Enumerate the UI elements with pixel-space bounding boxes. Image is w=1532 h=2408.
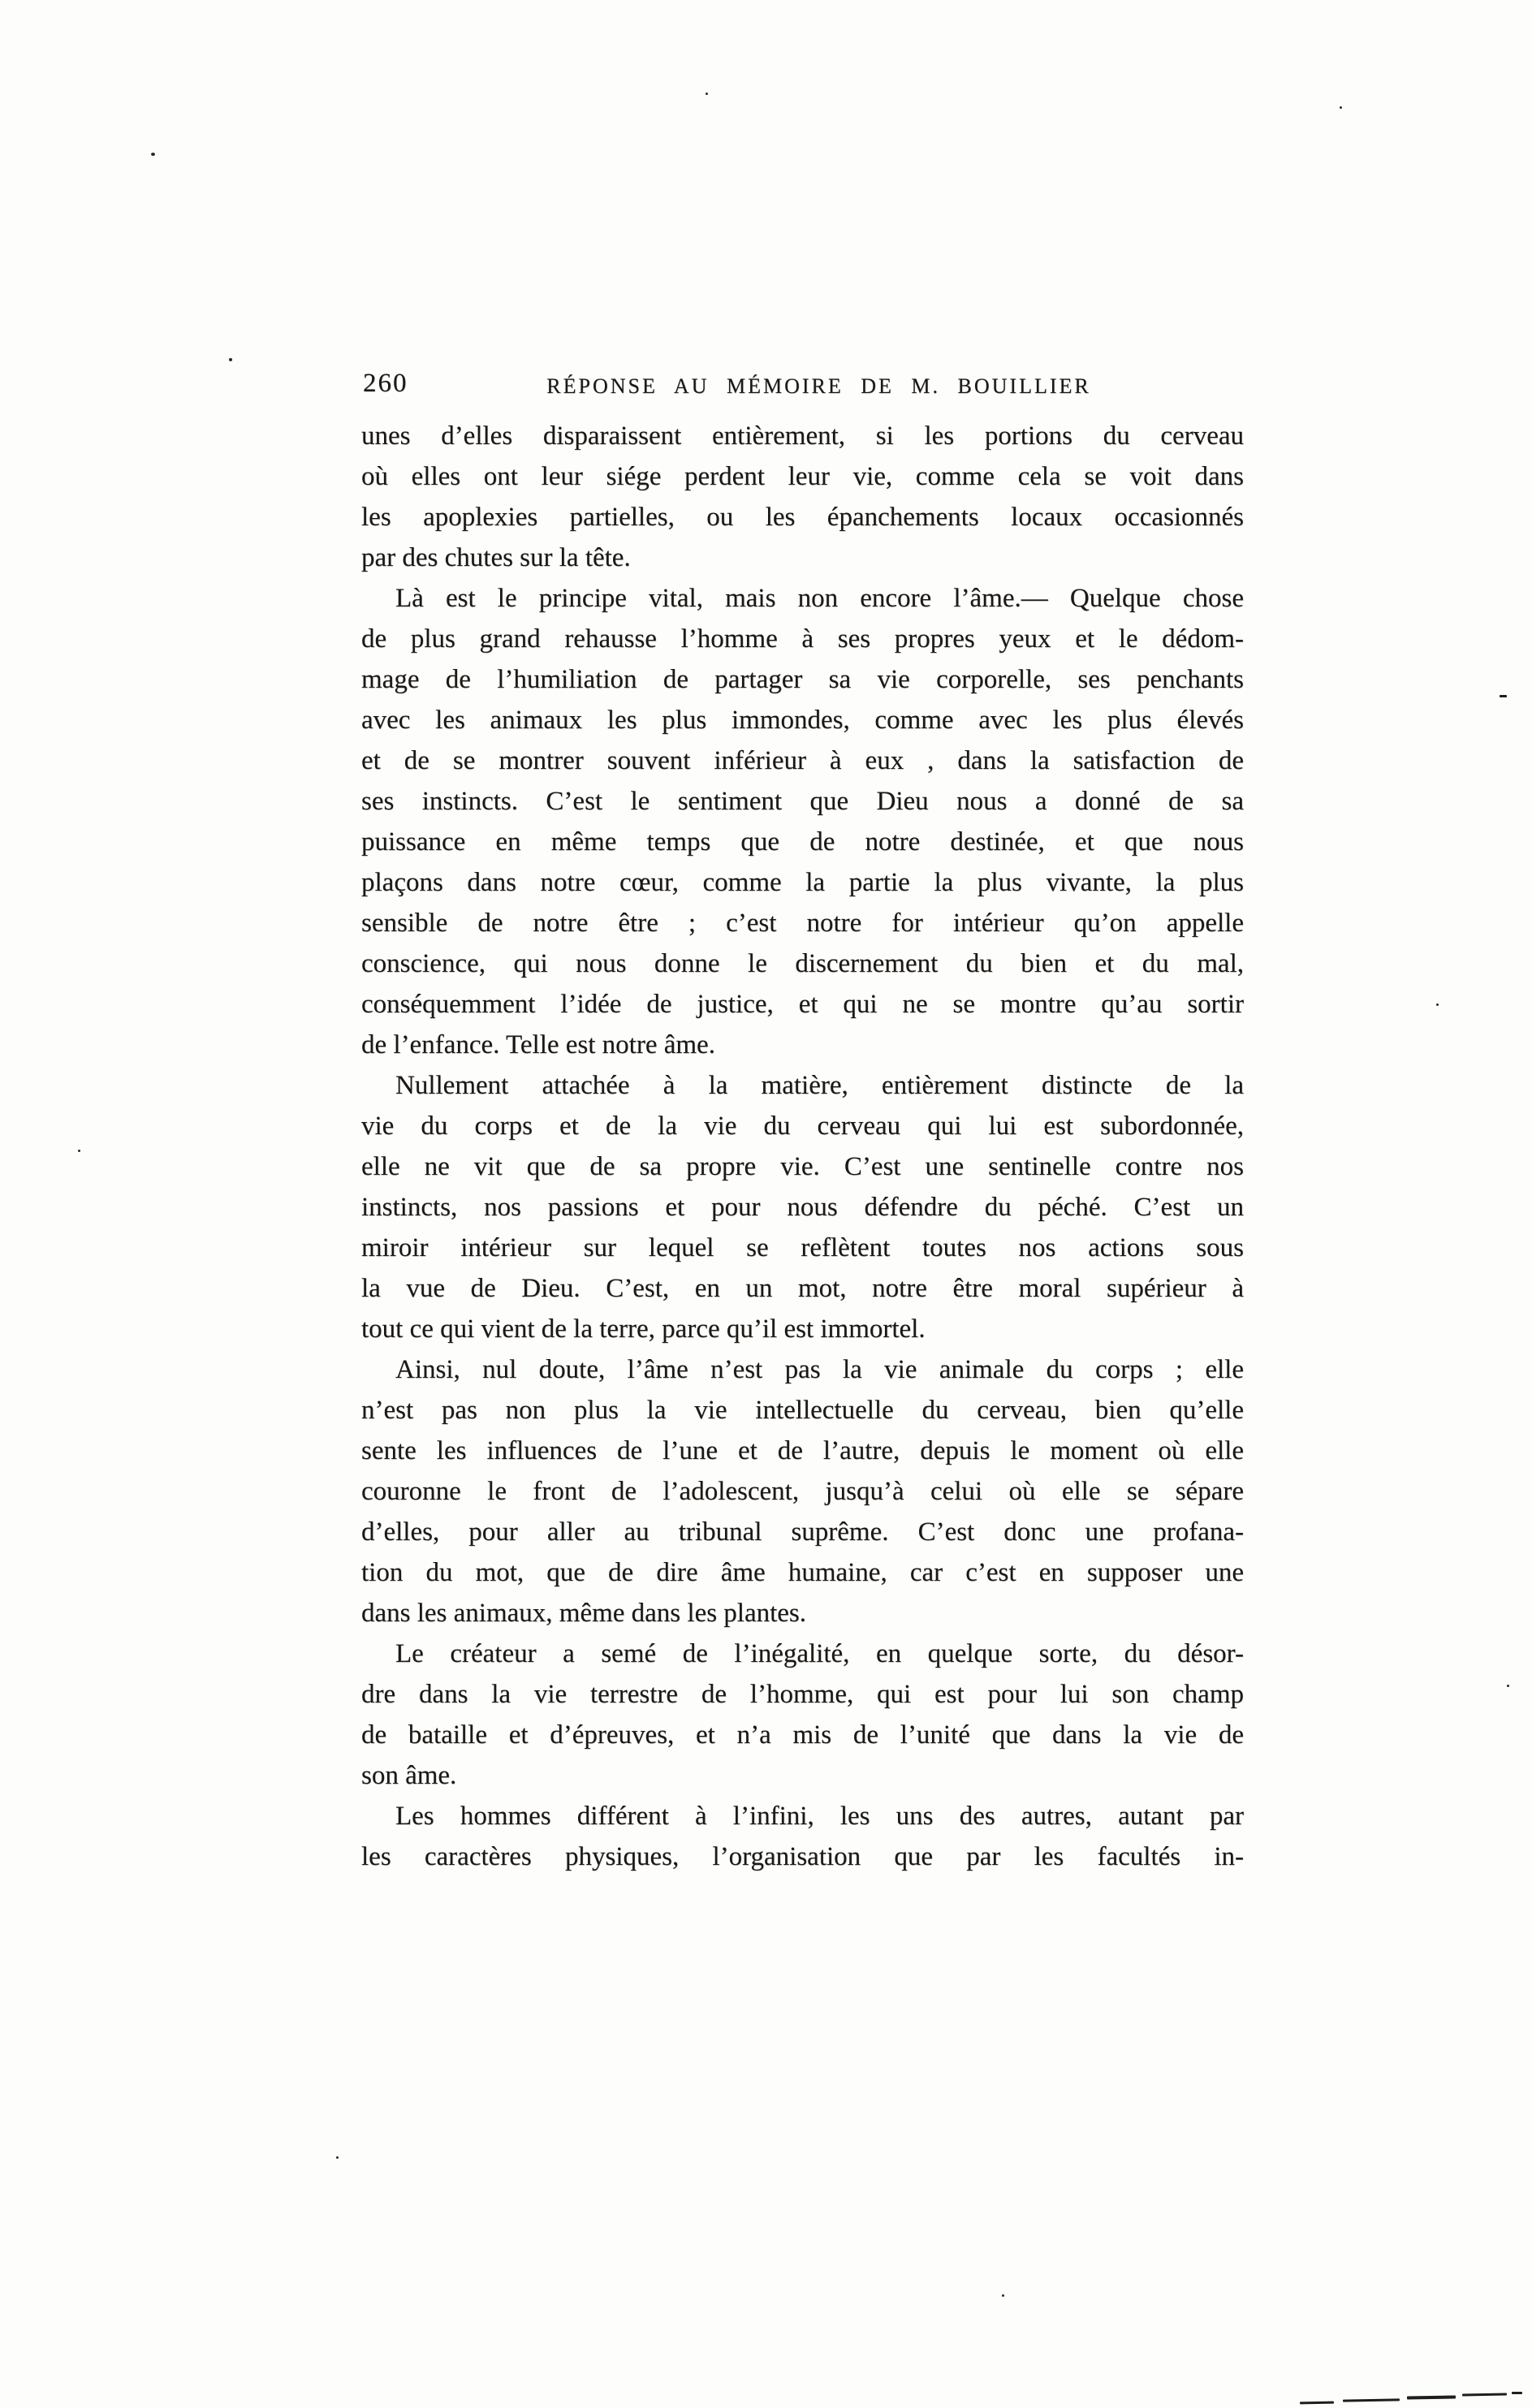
text-line: ses instincts. C’est le sentiment que Di…: [361, 781, 1244, 822]
text-line: tion du mot, que de dire âme humaine, ca…: [361, 1552, 1244, 1593]
text-line: Là est le principe vital, mais non encor…: [361, 578, 1244, 619]
text-line: puissance en même temps que de notre des…: [361, 822, 1244, 862]
text-line: unes d’elles disparaissent entièrement, …: [361, 416, 1244, 456]
text-line: et de se montrer souvent inférieur à eux…: [361, 740, 1244, 781]
scan-line-artifact: [1343, 2398, 1400, 2402]
text-line: où elles ont leur siége perdent leur vie…: [361, 456, 1244, 497]
text-line: n’est pas non plus la vie intellectuelle…: [361, 1390, 1244, 1431]
scan-speck: [229, 358, 232, 361]
text-line: par des chutes sur la tête.: [361, 537, 1244, 578]
text-line: instincts, nos passions et pour nous déf…: [361, 1187, 1244, 1228]
scan-line-artifact: [1512, 2392, 1522, 2394]
text-line: elle ne vit que de sa propre vie. C’est …: [361, 1146, 1244, 1187]
scan-speck: [336, 2156, 339, 2159]
text-line: couronne le front de l’adolescent, jusqu…: [361, 1471, 1244, 1512]
text-line: Nullement attachée à la matière, entière…: [361, 1065, 1244, 1106]
text-line: dans les animaux, même dans les plantes.: [361, 1593, 1244, 1633]
text-line: la vue de Dieu. C’est, en un mot, notre …: [361, 1268, 1244, 1309]
paragraph: Là est le principe vital, mais non encor…: [361, 578, 1244, 1065]
text-line: plaçons dans notre cœur, comme la partie…: [361, 862, 1244, 903]
text-line: son âme.: [361, 1755, 1244, 1796]
text-line: Le créateur a semé de l’inégalité, en qu…: [361, 1633, 1244, 1674]
text-line: de l’enfance. Telle est notre âme.: [361, 1025, 1244, 1065]
text-block: 260 RÉPONSE AU MÉMOIRE DE M. BOUILLIER u…: [361, 367, 1244, 1877]
scan-speck: [706, 93, 708, 95]
scanned-book-page: 260 RÉPONSE AU MÉMOIRE DE M. BOUILLIER u…: [0, 0, 1532, 2408]
text-line: mage de l’humiliation de partager sa vie…: [361, 659, 1244, 700]
text-line: conscience, qui nous donne le discerneme…: [361, 943, 1244, 984]
scan-line-artifact: [1300, 2402, 1334, 2405]
text-line: conséquemment l’idée de justice, et qui …: [361, 984, 1244, 1025]
text-line: Les hommes différent à l’infini, les uns…: [361, 1796, 1244, 1836]
scan-speck: [1507, 1685, 1509, 1687]
text-line: dre dans la vie terrestre de l’homme, qu…: [361, 1674, 1244, 1715]
paragraph: Nullement attachée à la matière, entière…: [361, 1065, 1244, 1349]
scan-speck: [78, 1150, 80, 1152]
page-header: 260 RÉPONSE AU MÉMOIRE DE M. BOUILLIER: [361, 367, 1244, 404]
paragraph: Ainsi, nul doute, l’âme n’est pas la vie…: [361, 1349, 1244, 1633]
text-line: les caractères physiques, l’organisation…: [361, 1836, 1244, 1877]
paragraph: unes d’elles disparaissent entièrement, …: [361, 416, 1244, 578]
text-line: d’elles, pour aller au tribunal suprême.…: [361, 1512, 1244, 1552]
running-title: RÉPONSE AU MÉMOIRE DE M. BOUILLIER: [394, 374, 1244, 399]
text-line: tout ce qui vient de la terre, parce qu’…: [361, 1309, 1244, 1349]
scan-speck: [1340, 106, 1342, 109]
text-line: sente les influences de l’une et de l’au…: [361, 1431, 1244, 1471]
text-line: Ainsi, nul doute, l’âme n’est pas la vie…: [361, 1349, 1244, 1390]
text-line: de bataille et d’épreuves, et n’a mis de…: [361, 1715, 1244, 1755]
text-line: miroir intérieur sur lequel se reflètent…: [361, 1228, 1244, 1268]
text-line: sensible de notre être ; c’est notre for…: [361, 903, 1244, 943]
scan-speck: [1002, 2294, 1004, 2297]
scan-speck: [1500, 695, 1507, 697]
text-line: vie du corps et de la vie du cerveau qui…: [361, 1106, 1244, 1146]
text-line: de plus grand rehausse l’homme à ses pro…: [361, 619, 1244, 659]
body-text: unes d’elles disparaissent entièrement, …: [361, 416, 1244, 1877]
paragraph: Les hommes différent à l’infini, les uns…: [361, 1796, 1244, 1877]
scan-line-artifact: [1462, 2393, 1507, 2397]
scan-speck: [151, 153, 155, 156]
scan-line-artifact: [1407, 2395, 1456, 2399]
text-line: les apoplexies partielles, ou les épanch…: [361, 497, 1244, 537]
text-line: avec les animaux les plus immondes, comm…: [361, 700, 1244, 740]
scan-speck: [1436, 1003, 1439, 1006]
paragraph: Le créateur a semé de l’inégalité, en qu…: [361, 1633, 1244, 1796]
